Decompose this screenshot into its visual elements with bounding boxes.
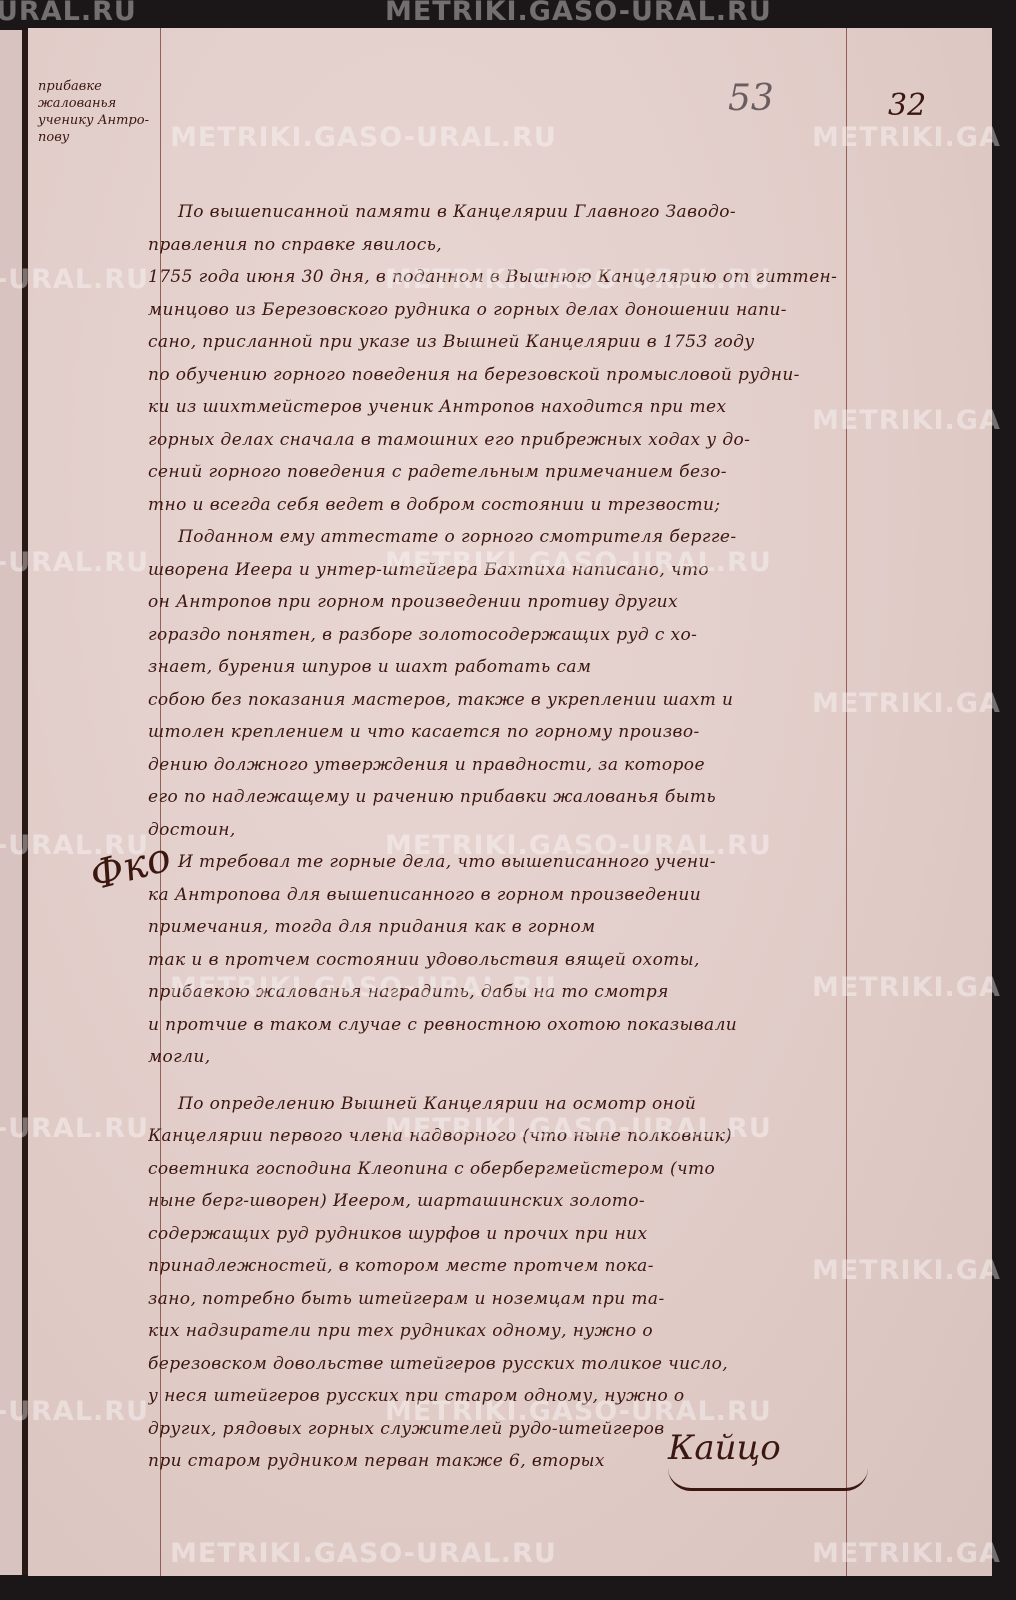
margin-note-line: пову (38, 129, 156, 146)
margin-note: прибавке жалованья ученику Антро- пову (38, 78, 156, 146)
manuscript-line: он Антропов при горном произведении прот… (148, 586, 878, 619)
manuscript-line: принадлежностей, в котором месте протчем… (148, 1250, 878, 1283)
watermark-text: METRIKI.GASO-URAL.RU (385, 830, 772, 861)
watermark-text: METRIKI.GASO-URAL.RU (385, 264, 772, 295)
watermark-text: -URAL.RU (0, 1396, 149, 1427)
watermark-text: METRIKI.GA (812, 1538, 1001, 1569)
manuscript-line: собою без показания мастеров, также в ук… (148, 684, 878, 717)
manuscript-line: сений горного поведения с радетельным пр… (148, 456, 878, 489)
signature-flourish (668, 1468, 868, 1491)
manuscript-line: По вышеписанной памяти в Канцелярии Глав… (148, 196, 878, 229)
manuscript-line: ка Антропова для вышеписанного в горном … (148, 879, 878, 912)
watermark-text: METRIKI.GASO-URAL.RU (385, 0, 772, 27)
manuscript-line: ныне берг-шворен) Иеером, шарташинских з… (148, 1185, 878, 1218)
watermark-text: METRIKI.GASO-URAL.RU (170, 122, 557, 153)
watermark-text: -URAL.RU (0, 830, 149, 861)
manuscript-line: могли, (148, 1041, 878, 1074)
watermark-text: -URAL.RU (0, 1113, 149, 1144)
watermark-text: METRIKI.GASO-URAL.RU (170, 972, 557, 1003)
watermark-text: METRIKI.GA (812, 1255, 1001, 1286)
manuscript-line: правления по справке явилось, (148, 229, 878, 262)
manuscript-line: гораздо понятен, в разборе золотосодержа… (148, 619, 878, 652)
watermark-text: METRIKI.GASO-URAL.RU (385, 1113, 772, 1144)
manuscript-line: минцово из Березовского рудника о горных… (148, 294, 878, 327)
signature: Кайцо (668, 1428, 781, 1468)
manuscript-line: ки из шихтмейстеров ученик Антропов нахо… (148, 391, 878, 424)
manuscript-line: по обучению горного поведения на березов… (148, 359, 878, 392)
margin-note-line: прибавке (38, 78, 156, 95)
manuscript-line: его по надлежащему и рачению прибавки жа… (148, 781, 878, 814)
margin-note-line: жалованья (38, 95, 156, 112)
manuscript-line: содержащих руд рудников шурфов и прочих … (148, 1218, 878, 1251)
manuscript-line: сано, присланной при указе из Вышней Кан… (148, 326, 878, 359)
watermark-text: -URAL.RU (0, 547, 149, 578)
watermark-text: METRIKI.GA (812, 122, 1001, 153)
watermark-text: -URAL.RU (0, 264, 149, 295)
watermark-text: METRIKI.GA (812, 688, 1001, 719)
watermark-text: METRIKI.GASO-URAL.RU (170, 1538, 557, 1569)
watermark-text: METRIKI.GA (812, 972, 1001, 1003)
watermark-text: METRIKI.GA (812, 405, 1001, 436)
folio-number-pencil: 53 (728, 78, 774, 119)
manuscript-line: ких надзиратели при тех рудниках одному,… (148, 1315, 878, 1348)
watermark-text: METRIKI.GASO-URAL.RU (385, 547, 772, 578)
manuscript-line: дению должного утверждения и правдности,… (148, 749, 878, 782)
manuscript-line: зано, потребно быть штейгерам и ноземцам… (148, 1283, 878, 1316)
manuscript-line: знает, бурения шпуров и шахт работать са… (148, 651, 878, 684)
manuscript-line: советника господина Клеопина с обербергм… (148, 1153, 878, 1186)
manuscript-line: штолен креплением и что касается по горн… (148, 716, 878, 749)
adjacent-page-edge (0, 30, 24, 1575)
manuscript-line: примечания, тогда для придания как в гор… (148, 911, 878, 944)
manuscript-page: прибавке жалованья ученику Антро- пову 5… (28, 28, 992, 1576)
paragraph-gap (148, 1074, 878, 1088)
watermark-text: METRIKI.GASO-URAL.RU (385, 1396, 772, 1427)
watermark-text: URAL.RU (0, 0, 137, 27)
folio-number-ink: 32 (888, 88, 926, 123)
manuscript-line: и протчие в таком случае с ревностною ох… (148, 1009, 878, 1042)
manuscript-line: березовском довольстве штейгеров русских… (148, 1348, 878, 1381)
manuscript-line: тно и всегда себя ведет в добром состоян… (148, 489, 878, 522)
margin-note-line: ученику Антро- (38, 112, 156, 129)
manuscript-line: горных делах сначала в тамошних его приб… (148, 424, 878, 457)
